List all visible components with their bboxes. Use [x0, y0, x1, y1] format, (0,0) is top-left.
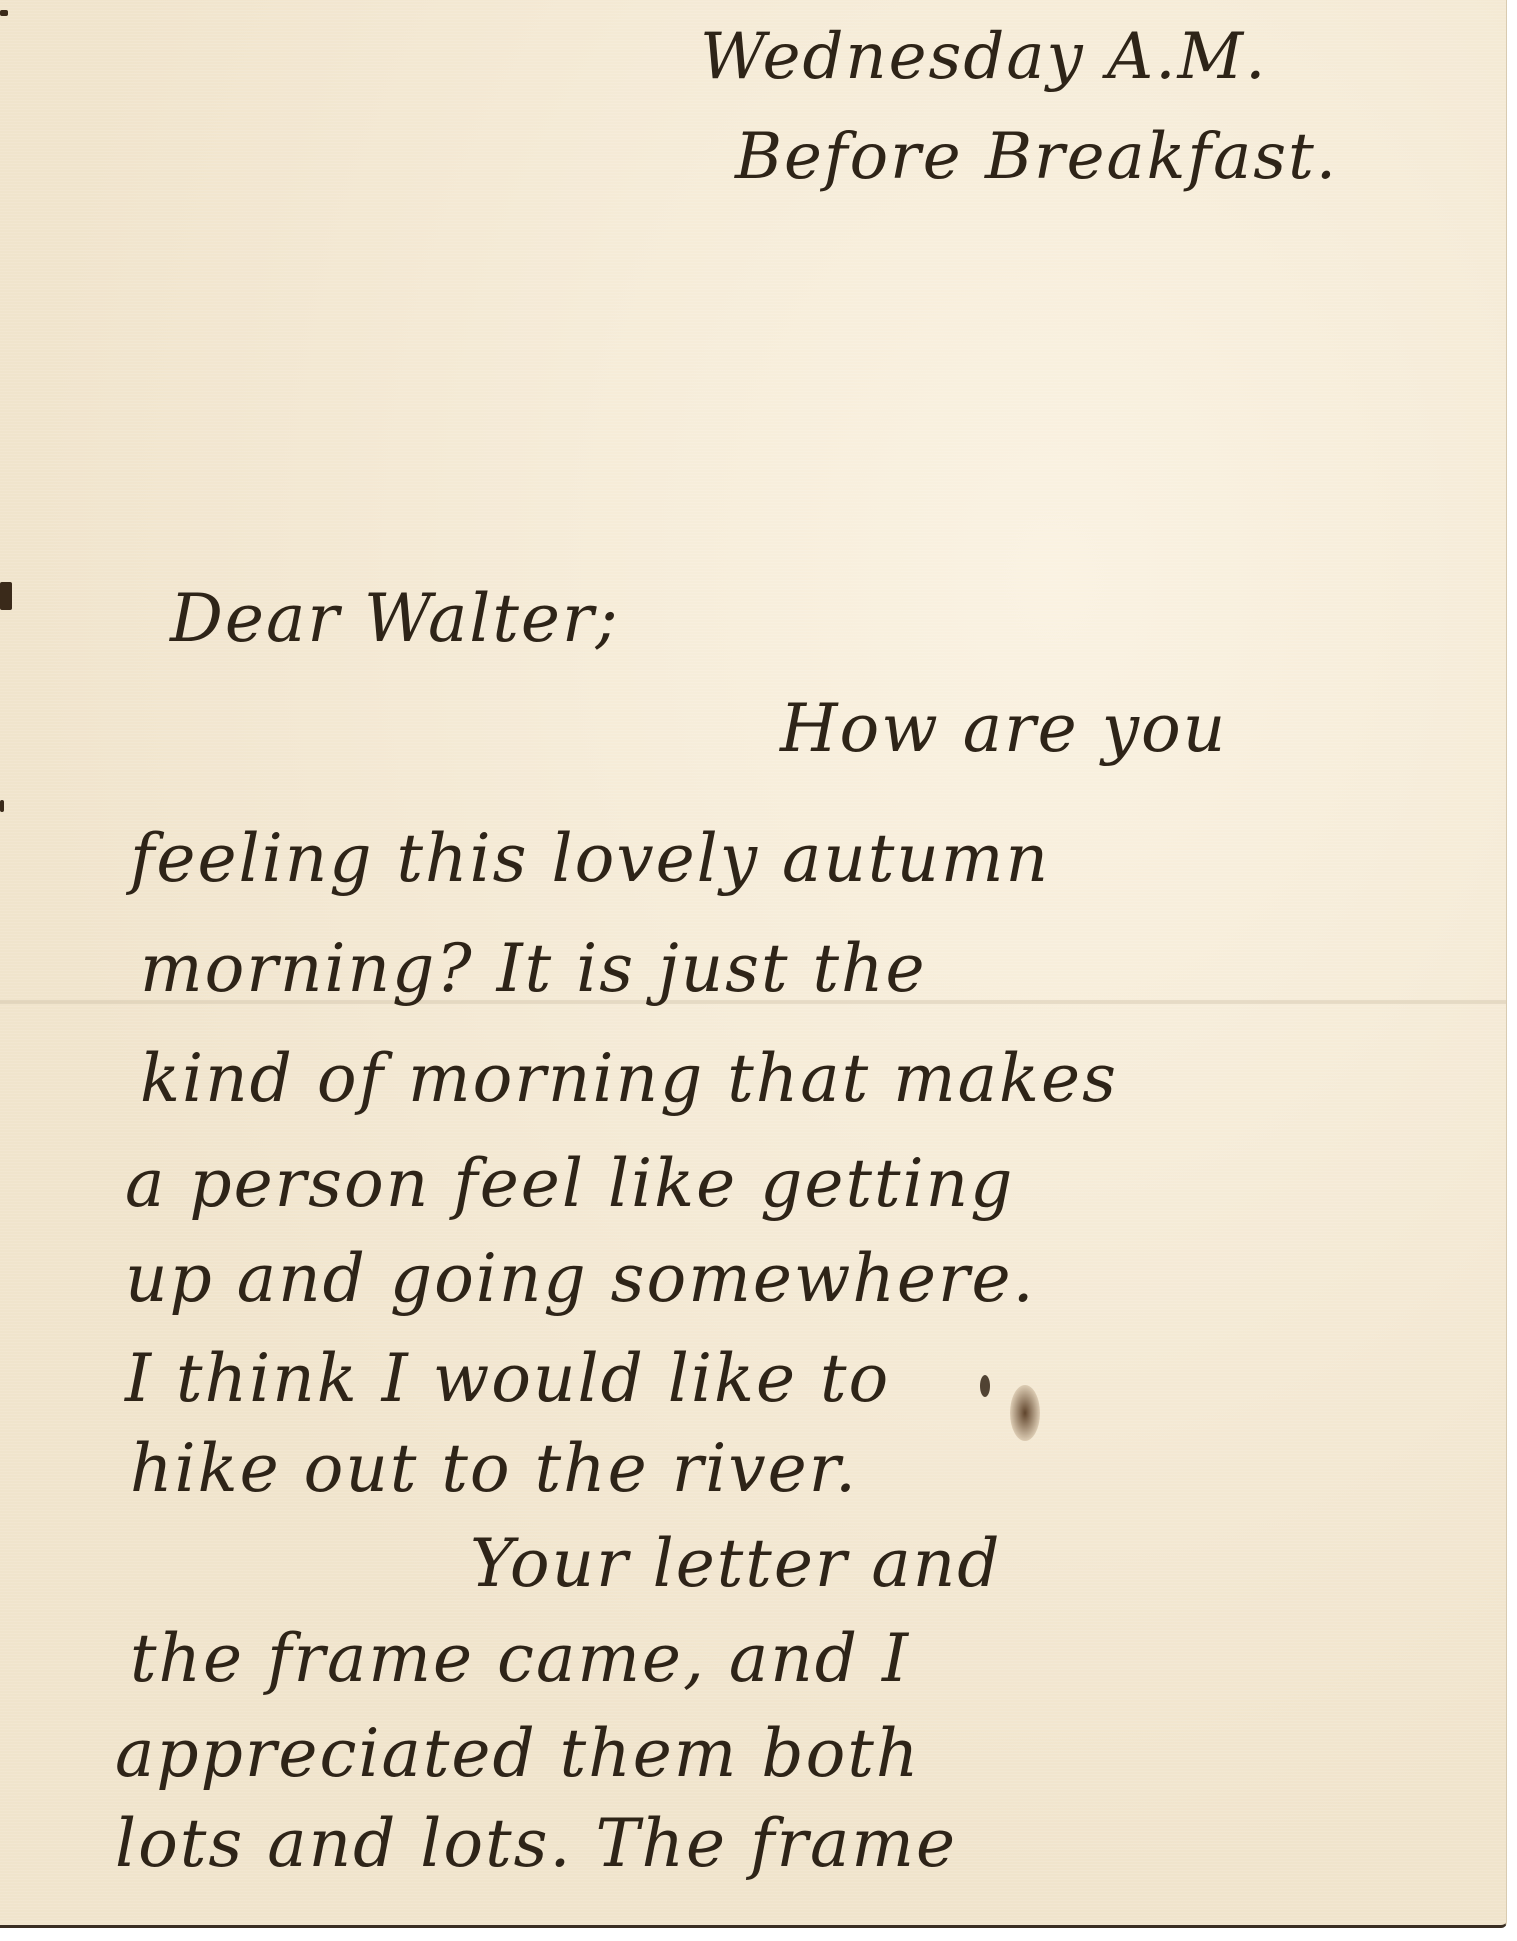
header-date: Wednesday A.M.	[700, 20, 1267, 94]
ink-stain	[1010, 1385, 1040, 1441]
body-line: How are you	[780, 690, 1227, 767]
body-line: kind of morning that makes	[140, 1040, 1118, 1117]
body-line: Your letter and	[470, 1525, 1002, 1602]
letter-page: Wednesday A.M. Before Breakfast. Dear Wa…	[0, 0, 1507, 1928]
body-line: a person feel like getting	[125, 1145, 1014, 1222]
body-line: lots and lots. The frame	[115, 1805, 957, 1882]
body-line: morning? It is just the	[140, 930, 927, 1007]
body-line: hike out to the river.	[130, 1430, 858, 1507]
body-line: up and going somewhere.	[125, 1240, 1036, 1317]
ink-blot	[0, 582, 12, 610]
ink-spot	[980, 1375, 990, 1397]
salutation: Dear Walter;	[170, 580, 620, 657]
header-time: Before Breakfast.	[735, 120, 1338, 194]
body-line: I think I would like to	[125, 1340, 890, 1417]
body-line: feeling this lovely autumn	[130, 820, 1050, 897]
edge-mark	[0, 10, 8, 16]
body-line: the frame came, and I	[130, 1620, 910, 1697]
edge-mark	[0, 800, 4, 812]
body-line: appreciated them both	[115, 1715, 920, 1792]
